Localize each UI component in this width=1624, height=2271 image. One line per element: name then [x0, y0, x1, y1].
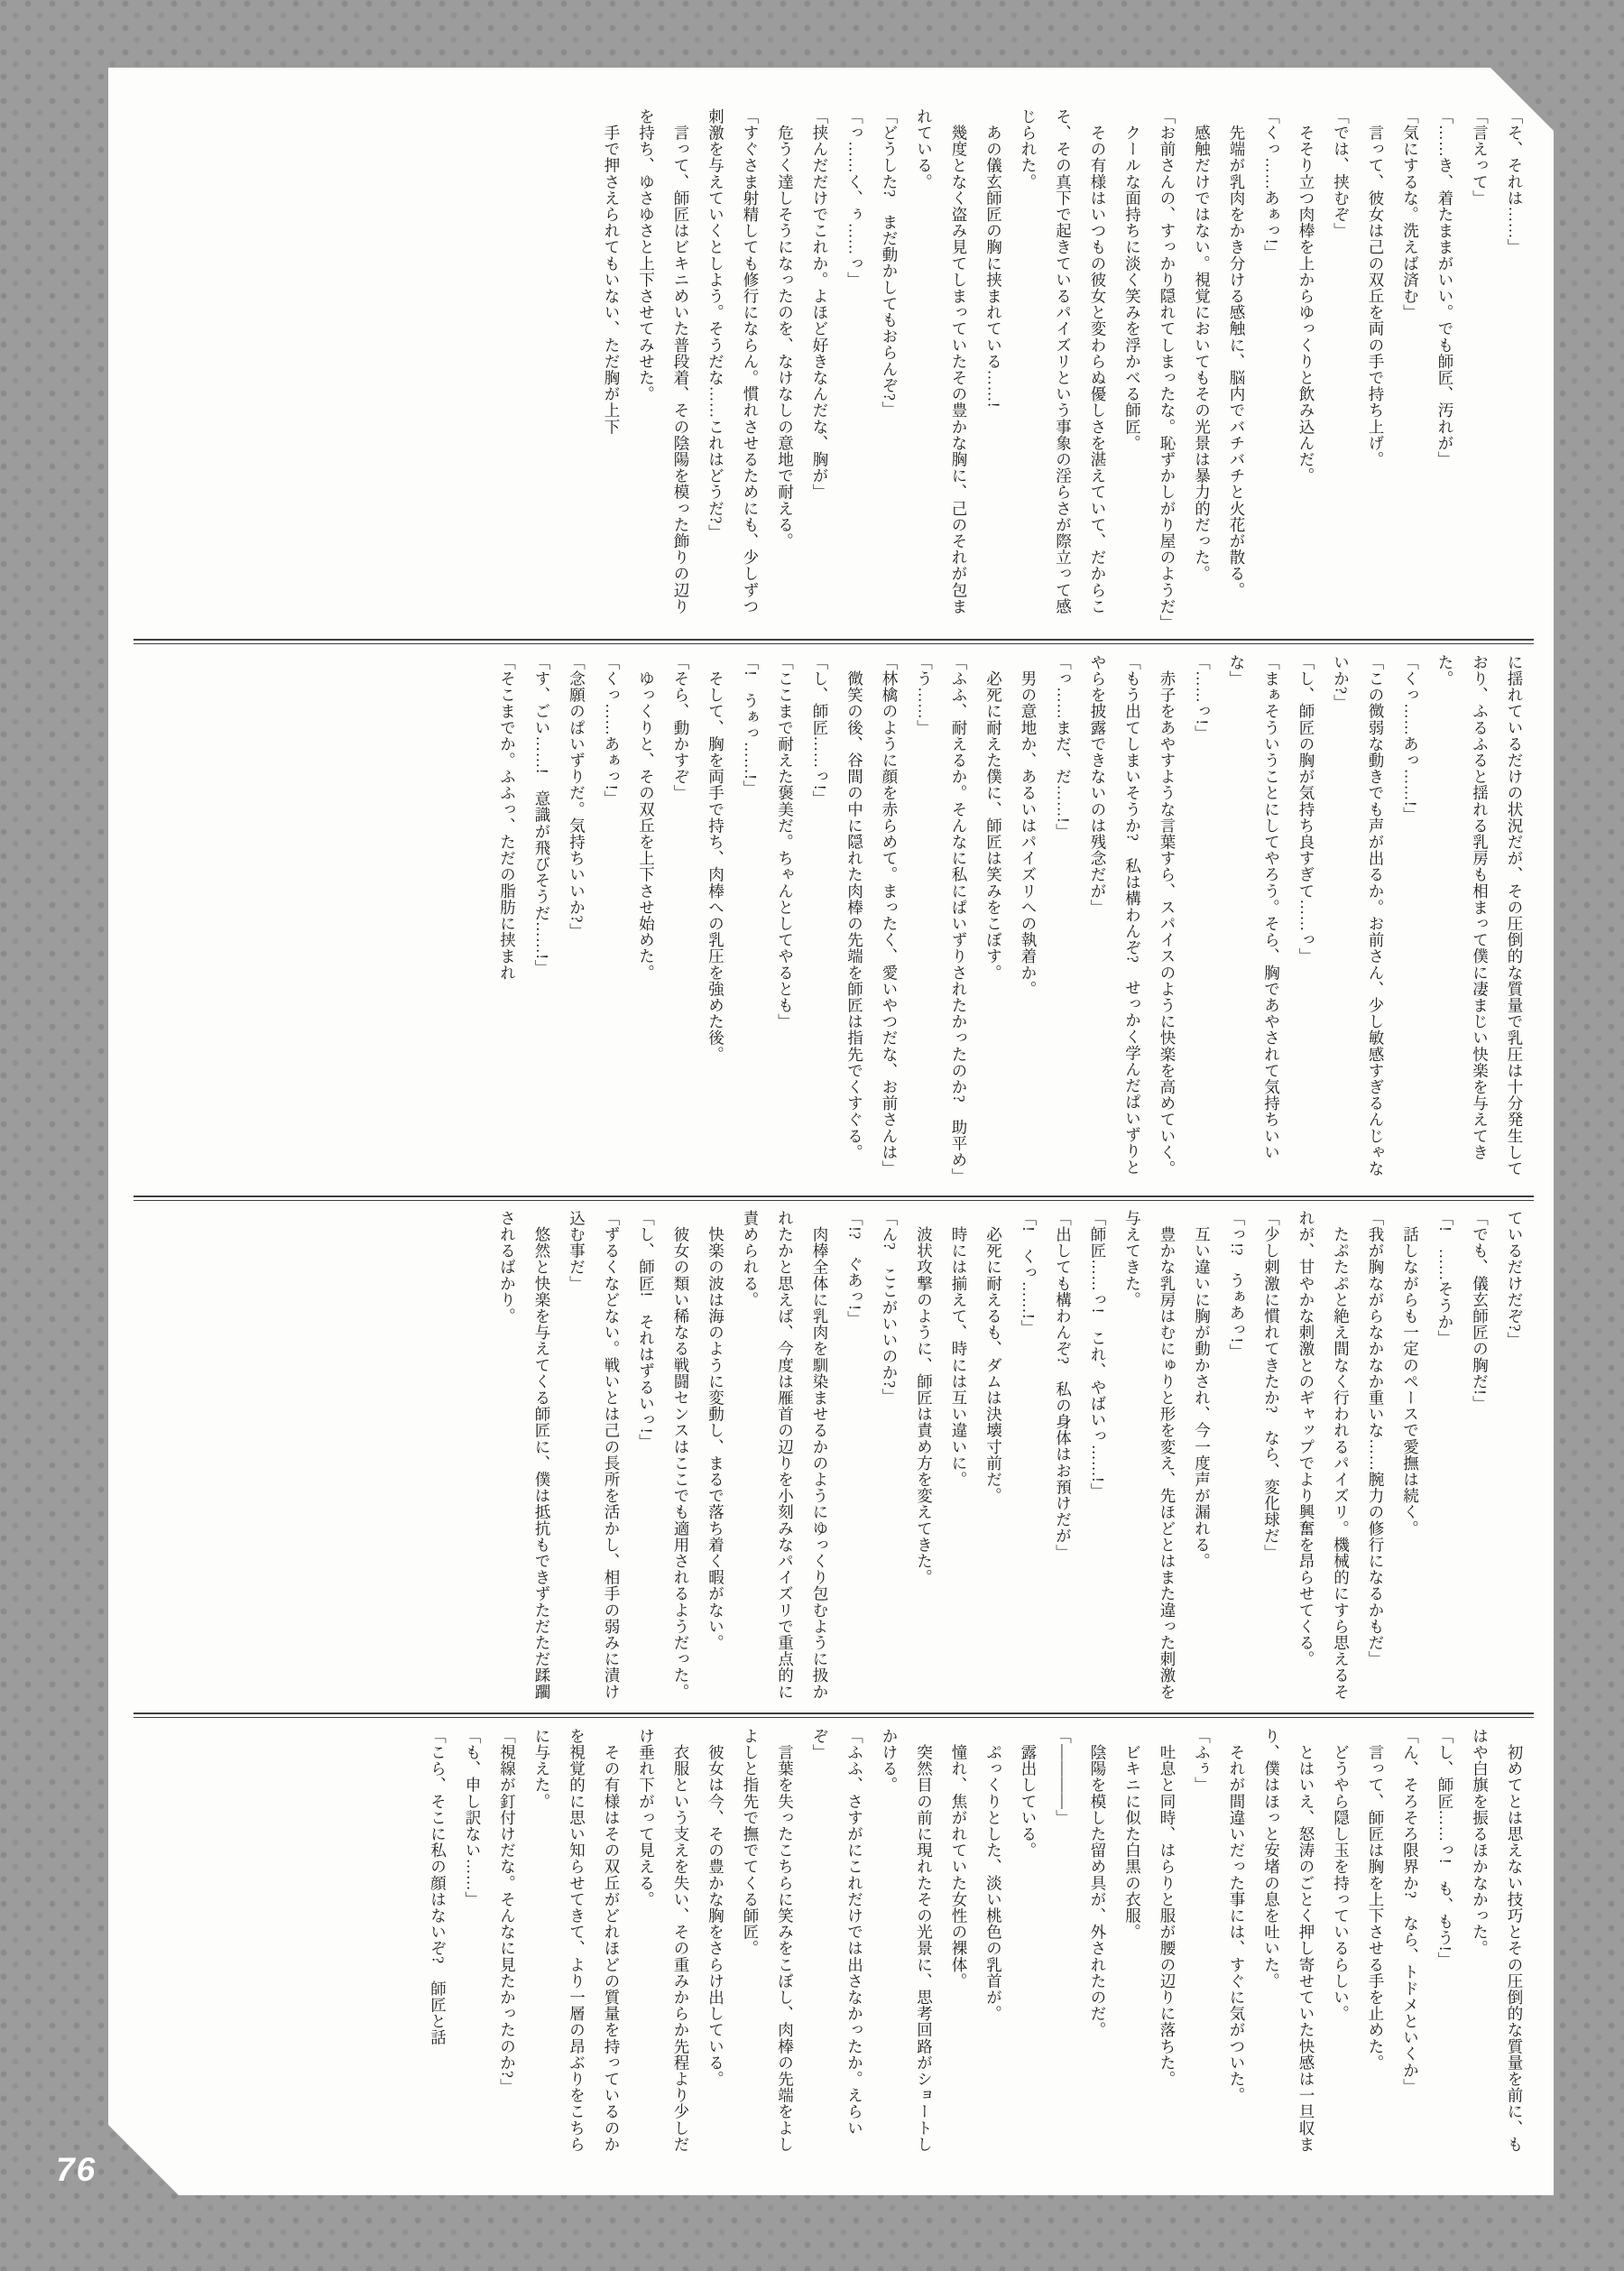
text-paragraph: 肉棒全体に乳肉を馴染ませるかのようにゆっくり包むように扱かれたかと思えば、今度は… [734, 1210, 838, 1706]
text-paragraph: 「ふふ、さすがにこれだけでは出さなかったか。えらいぞ」 [803, 1728, 872, 2159]
text-paragraph: 「言えって」 [1463, 108, 1498, 627]
text-paragraph: その有様はその双丘がどれほどの質量を持っているのかを視覚的に思い知らせてきて、よ… [525, 1728, 630, 2159]
text-paragraph: 「視線が釘付けだな。そんなに見たかったのか?」 [490, 1728, 525, 2159]
text-paragraph: あの儀玄師匠の胸に挟まれている……! [976, 108, 1011, 627]
text-paragraph: 「ずるくなどない。戦いとは己の長所を活かし、相手の弱みに漬け込む事だ」 [559, 1210, 629, 1706]
text-paragraph: 彼女の類い稀なる戦闘センスはここでも適用されるようだった。 [664, 1210, 699, 1706]
text-paragraph: 「し、師匠の胸が気持ち良すぎて……っ」 [1289, 654, 1324, 1185]
text-paragraph: 「っ……まだ、だ……!」 [1046, 654, 1081, 1185]
text-paragraph: 「少し刺激に慣れてきたか? なら、変化球だ」 [1254, 1210, 1289, 1706]
text-paragraph: 感触だけではない。視覚においてもその光景は暴力的だった。 [1185, 108, 1220, 627]
text-paragraph: 「ん? ここがいいのか?」 [872, 1210, 908, 1706]
band-separator-rule [134, 1712, 1534, 1718]
text-paragraph: 「……き、着たままがいい。でも師匠、汚れが」 [1428, 108, 1463, 627]
text-band-4: 初めてとは思えない技巧とその圧倒的な質量を前に、もはや白旗を振るほかなかった。「… [135, 1728, 1532, 2159]
text-paragraph: 「くっ……あぁっ!」 [1254, 108, 1289, 627]
text-paragraph: 吐息と同時、はらりと服が腰の辺りに落ちた。 [1150, 1728, 1186, 2159]
text-paragraph: そして、胸を両手で持ち、肉棒への乳圧を強めた後。 [698, 654, 734, 1185]
text-paragraph: 「では、挟むぞ」 [1324, 108, 1359, 627]
text-paragraph: 衣服という支えを失い、その重みからか先程より少しだけ垂れ下がって見える。 [629, 1728, 698, 2159]
text-paragraph: 「お前さんの、すっかり隠れてしまったな。恥ずかしがり屋のようだ」 [1150, 108, 1186, 627]
text-paragraph: 初めてとは思えない技巧とその圧倒的な質量を前に、もはや白旗を振るほかなかった。 [1463, 1728, 1532, 2159]
text-paragraph: 「――――」 [1046, 1728, 1081, 2159]
text-band-1: 「そ、それは……」「言えって」「……き、着たままがいい。でも師匠、汚れが」「気に… [135, 108, 1532, 627]
text-paragraph: ゆっくりと、その双丘を上下させ始めた。 [629, 654, 664, 1185]
text-paragraph: 赤子をあやすような言葉すら、スパイスのように快楽を高めていく。 [1150, 654, 1186, 1185]
text-paragraph: 豊かな乳房はむにゅりと形を変え、先ほどとはまた違った刺激を与えてきた。 [1115, 1210, 1185, 1706]
text-paragraph: 言って、師匠は胸を上下させる手を止めた。 [1359, 1728, 1394, 2159]
text-paragraph: 「ふふ、耐えるか。そんなに私にぱいずりされたかったのか? 助平め」 [942, 654, 977, 1185]
text-paragraph: 「林檎のように顔を赤らめて。まったく、愛いやつだな、お前さんは」 [872, 654, 908, 1185]
text-paragraph: 言って、彼女は己の双丘を両の手で持ち上げ。 [1359, 108, 1394, 627]
text-paragraph: 「し、師匠! それはずるいっ!」 [629, 1210, 664, 1706]
text-paragraph: 波状攻撃のように、師匠は責め方を変えてきた。 [907, 1210, 942, 1706]
text-paragraph: 言って、師匠はビキニめいた普段着、その陰陽を模った飾りの辺りを持ち、ゆさゆさと上… [629, 108, 698, 627]
text-paragraph: 「そこまでか。ふふっ、ただの脂肪に挟まれ [490, 654, 525, 1185]
text-paragraph: 「ここまで耐えた褒美だ。ちゃんとしてやるとも」 [768, 654, 803, 1185]
text-paragraph: 「まぁそういうことにしてやろう。そら、胸であやされて気持ちいいな」 [1220, 654, 1289, 1185]
text-paragraph: 時には揃えて、時には互い違いに。 [942, 1210, 977, 1706]
text-paragraph: 「っ!? うぁあっ!」 [1220, 1210, 1255, 1706]
text-paragraph: 話しながらも一定のペースで愛撫は続く。 [1393, 1210, 1428, 1706]
text-paragraph: とはいえ、怒涛のごとく押し寄せていた快感は一旦収まり、僕はほっと安堵の息を吐いた… [1254, 1728, 1324, 2159]
text-band-2: に揺れているだけの状況だが、その圧倒的な質量で乳圧は十分発生しており、ふるふると… [135, 654, 1532, 1185]
text-paragraph: 手で押さえられてもいない、ただ胸が上下 [595, 108, 630, 627]
text-paragraph: 「! うぁっ……!」 [734, 654, 769, 1185]
text-paragraph: 「ふぅ」 [1185, 1728, 1220, 2159]
text-paragraph: 「でも、儀玄師匠の胸だ!」 [1463, 1210, 1498, 1706]
text-paragraph: 「出しても構わんぞ? 私の身体はお預けだが」 [1046, 1210, 1081, 1706]
text-paragraph: 先端が乳肉をかき分ける感触に、脳内でバチバチと火花が散る。 [1220, 108, 1255, 627]
text-paragraph: 悠然と快楽を与えてくる師匠に、僕は抵抗もできずただただ蹂躙されるばかり。 [490, 1210, 559, 1706]
text-paragraph: 憧れ、焦がれていた女性の裸体。 [942, 1728, 977, 2159]
text-paragraph: 「う……」 [907, 654, 942, 1185]
text-paragraph: 「し、師匠……っ! も、もう!」 [1428, 1728, 1463, 2159]
text-paragraph: 「この微弱な動きでも声が出るか。お前さん、少し敏感すぎるんじゃないか?」 [1324, 654, 1393, 1185]
text-paragraph: クールな面持ちに淡く笑みを浮かべる師匠。 [1115, 108, 1150, 627]
text-paragraph: その有様はいつもの彼女と変わらぬ優しさを湛えていて、だからこそ、その真下で起きて… [1011, 108, 1116, 627]
text-paragraph: 「どうした? まだ動かしてもおらんぞ?」 [872, 108, 908, 627]
text-paragraph: 「くっ……あぁっ!」 [595, 654, 630, 1185]
text-paragraph: 「そら、動かすぞ」 [664, 654, 699, 1185]
text-band-3: ているだけだぞ?」「でも、儀玄師匠の胸だ!」「! ……そうか」 話しながらも一定… [135, 1210, 1532, 1706]
text-paragraph: 「我が胸ながらなかなか重いな……腕力の修行になるかもだ」 [1359, 1210, 1394, 1706]
text-paragraph: 「こら、そこに私の顔はないぞ? 師匠と話 [420, 1728, 456, 2159]
text-paragraph: 陰陽を模した留め具が、外されたのだ。 [1081, 1728, 1116, 2159]
text-paragraph: 「! くっ……!」 [1011, 1210, 1047, 1706]
text-paragraph: 「気にするな。洗えば済む」 [1393, 108, 1428, 627]
text-paragraph: たぷたぷと絶え間なく行われるパイズリ。機械的にすら思えるそれが、甘やかな刺激との… [1289, 1210, 1359, 1706]
text-paragraph: それが間違いだった事には、すぐに気がついた。 [1220, 1728, 1255, 2159]
text-paragraph: 互い違いに胸が動かされ、今一度声が漏れる。 [1185, 1210, 1220, 1706]
text-paragraph: 幾度となく盗み見てしまっていたその豊かな胸に、己のそれが包まれている。 [907, 108, 976, 627]
text-paragraph: 「し、師匠……っ!」 [803, 654, 838, 1185]
text-paragraph: ているだけだぞ?」 [1498, 1210, 1533, 1706]
text-paragraph: 「も、申し訳ない……」 [456, 1728, 491, 2159]
text-paragraph: 言葉を失ったこちらに笑みをこぼし、肉棒の先端をよしよしと指先で撫でてくる師匠。 [734, 1728, 803, 2159]
text-paragraph: そそり立つ肉棒を上からゆっくりと飲み込んだ。 [1289, 108, 1324, 627]
text-paragraph: 「すぐさま射精しても修行にならん。慣れさせるためにも、少しずつ刺激を与えていくと… [698, 108, 768, 627]
text-paragraph: 「! ……そうか」 [1428, 1210, 1463, 1706]
text-paragraph: 「師匠……っ! これ、やばいっ……!」 [1081, 1210, 1116, 1706]
text-paragraph: 「そ、それは……」 [1498, 108, 1533, 627]
text-paragraph: どうやら隠し玉を持っているらしい。 [1324, 1728, 1359, 2159]
text-paragraph: ビキニに似た白黒の衣服。 [1115, 1728, 1150, 2159]
text-paragraph: 「!? ぐあっ!」 [837, 1210, 872, 1706]
text-paragraph: 「ん、そろそろ限界か? なら、トドメといくか」 [1393, 1728, 1428, 2159]
text-paragraph: 「……っ!」 [1185, 654, 1220, 1185]
text-paragraph: 微笑の後、谷間の中に隠れた肉棒の先端を師匠は指先でくすぐる。 [837, 654, 872, 1185]
text-paragraph: 「もう出てしまいそうか? 私は構わんぞ? せっかく学んだぱいずりとやらを披露でき… [1081, 654, 1150, 1185]
band-separator-rule [134, 639, 1534, 644]
text-paragraph: 危うく達しそうになったのを、なけなしの意地で耐える。 [768, 108, 803, 627]
text-paragraph: 必死に耐えた僕に、師匠は笑みをこぼす。 [976, 654, 1011, 1185]
text-paragraph: 快楽の波は海のように変動し、まるで落ち着く暇がない。 [698, 1210, 734, 1706]
text-paragraph: 突然目の前に現れたその光景に、思考回路がショートしかける。 [872, 1728, 942, 2159]
text-paragraph: 「っ……く、ぅ……っ」 [837, 108, 872, 627]
text-paragraph: 必死に耐えるも、ダムは決壊寸前だ。 [976, 1210, 1011, 1706]
text-paragraph: に揺れているだけの状況だが、その圧倒的な質量で乳圧は十分発生しており、ふるふると… [1428, 654, 1533, 1185]
text-paragraph: ぷっくりとした、淡い桃色の乳首が。 [976, 1728, 1011, 2159]
text-paragraph: 「挟んだだけでこれか。よほど好きなんだな、胸が」 [803, 108, 838, 627]
text-paragraph: 男の意地か、あるいはパイズリへの執着か。 [1011, 654, 1047, 1185]
text-paragraph: 露出している。 [1011, 1728, 1047, 2159]
text-paragraph: 「念願のぱいずりだ。気持ちいいか?」 [559, 654, 595, 1185]
band-separator-rule [134, 1196, 1534, 1201]
text-paragraph: 彼女は今、その豊かな胸をさらけ出している。 [698, 1728, 734, 2159]
text-paragraph: 「くっ……あっ……!」 [1393, 654, 1428, 1185]
novel-page: 「そ、それは……」「言えって」「……き、着たままがいい。でも師匠、汚れが」「気に… [108, 68, 1554, 2195]
page-number: 76 [56, 2151, 97, 2189]
text-paragraph: 「す、ごい……! 意識が飛びそうだ……!」 [525, 654, 560, 1185]
